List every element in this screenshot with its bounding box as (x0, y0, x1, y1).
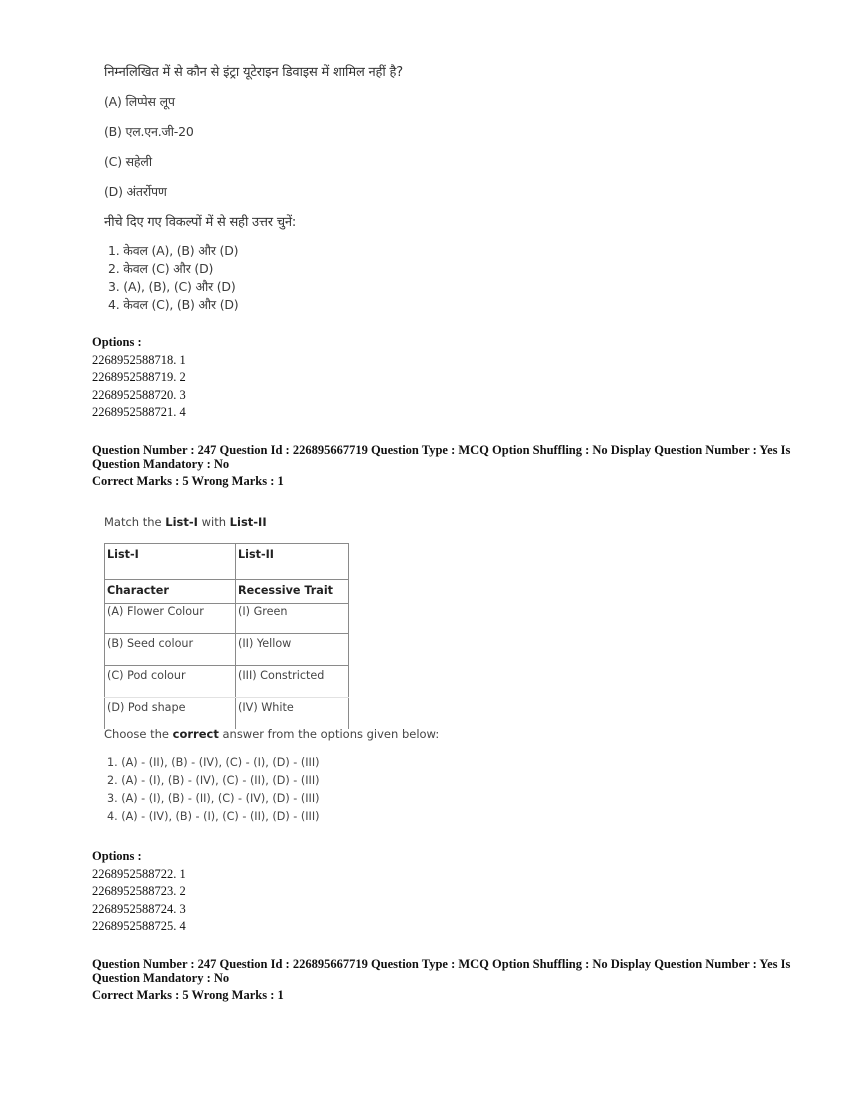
options-label: Options : (92, 334, 186, 352)
table-row: (D) Pod shape (IV) White (105, 698, 349, 730)
instruction-bold: correct (173, 727, 219, 741)
table-cell: (D) Pod shape (105, 698, 236, 730)
option-id: 2268952588724. 3 (92, 901, 186, 919)
table-subheader-cell: Recessive Trait (236, 580, 349, 604)
question-1-statement-c: (C) सहेली (104, 153, 152, 170)
table-row: (B) Seed colour (II) Yellow (105, 634, 349, 666)
question-1-stem: निम्नलिखित में से कौन से इंट्रा यूटेराइन… (104, 62, 403, 80)
question-1-statement-a: (A) लिप्पेस लूप (104, 93, 175, 110)
question-1-choice: 4. केवल (C), (B) और (D) (108, 296, 238, 314)
question-metadata-1: Question Number : 247 Question Id : 2268… (92, 443, 790, 488)
table-cell: (I) Green (236, 604, 349, 634)
table-row: (C) Pod colour (III) Constricted (105, 666, 349, 698)
question-metadata-line: Question Number : 247 Question Id : 2268… (92, 957, 790, 971)
question-2-choice: 2. (A) - (I), (B) - (IV), (C) - (II), (D… (107, 772, 320, 790)
stem-bold-list-i: List-I (165, 515, 198, 529)
table-subheader-row: Character Recessive Trait (105, 580, 349, 604)
question-2-choice: 1. (A) - (II), (B) - (IV), (C) - (I), (D… (107, 754, 320, 772)
stem-text: Match the (104, 515, 165, 529)
option-id: 2268952588718. 1 (92, 352, 186, 370)
table-cell: (A) Flower Colour (105, 604, 236, 634)
options-block-2: Options : 2268952588722. 1 2268952588723… (92, 848, 186, 936)
question-2-stem: Match the List-I with List-II (104, 515, 267, 529)
question-2-instruction: Choose the correct answer from the optio… (104, 727, 439, 741)
question-1-choice-list: 1. केवल (A), (B) और (D) 2. केवल (C) और (… (108, 242, 238, 314)
table-header-row: List-I List-II (105, 544, 349, 580)
question-1-choice: 3. (A), (B), (C) और (D) (108, 278, 238, 296)
marks-line: Correct Marks : 5 Wrong Marks : 1 (92, 988, 790, 1002)
question-1-choice: 1. केवल (A), (B) और (D) (108, 242, 238, 260)
instruction-text: Choose the (104, 727, 173, 741)
table-header-cell: List-II (236, 544, 349, 580)
table-cell: (IV) White (236, 698, 349, 730)
table-cell: (B) Seed colour (105, 634, 236, 666)
marks-line: Correct Marks : 5 Wrong Marks : 1 (92, 474, 790, 488)
table-cell: (C) Pod colour (105, 666, 236, 698)
stem-text: with (198, 515, 230, 529)
question-1-statement-b: (B) एल.एन.जी-20 (104, 123, 194, 140)
options-label: Options : (92, 848, 186, 866)
question-1-choice: 2. केवल (C) और (D) (108, 260, 238, 278)
options-block-1: Options : 2268952588718. 1 2268952588719… (92, 334, 186, 422)
question-metadata-line: Question Mandatory : No (92, 457, 790, 471)
option-id: 2268952588721. 4 (92, 404, 186, 422)
option-id: 2268952588722. 1 (92, 866, 186, 884)
option-id: 2268952588719. 2 (92, 369, 186, 387)
question-metadata-line: Question Mandatory : No (92, 971, 790, 985)
question-2-choice: 3. (A) - (I), (B) - (II), (C) - (IV), (D… (107, 790, 320, 808)
option-id: 2268952588720. 3 (92, 387, 186, 405)
question-2-choice: 4. (A) - (IV), (B) - (I), (C) - (II), (D… (107, 808, 320, 826)
table-cell: (III) Constricted (236, 666, 349, 698)
question-1-statement-d: (D) अंतर्रोपण (104, 183, 167, 200)
question-metadata-2: Question Number : 247 Question Id : 2268… (92, 957, 790, 1002)
question-metadata-line: Question Number : 247 Question Id : 2268… (92, 443, 790, 457)
table-row: (A) Flower Colour (I) Green (105, 604, 349, 634)
table-cell: (II) Yellow (236, 634, 349, 666)
question-1-instruction: नीचे दिए गए विकल्पों में से सही उत्तर चु… (104, 212, 296, 230)
instruction-text: answer from the options given below: (219, 727, 439, 741)
table-header-cell: List-I (105, 544, 236, 580)
match-table: List-I List-II Character Recessive Trait… (104, 543, 349, 729)
question-2-choice-list: 1. (A) - (II), (B) - (IV), (C) - (I), (D… (107, 754, 320, 826)
stem-bold-list-ii: List-II (230, 515, 267, 529)
option-id: 2268952588725. 4 (92, 918, 186, 936)
table-subheader-cell: Character (105, 580, 236, 604)
option-id: 2268952588723. 2 (92, 883, 186, 901)
